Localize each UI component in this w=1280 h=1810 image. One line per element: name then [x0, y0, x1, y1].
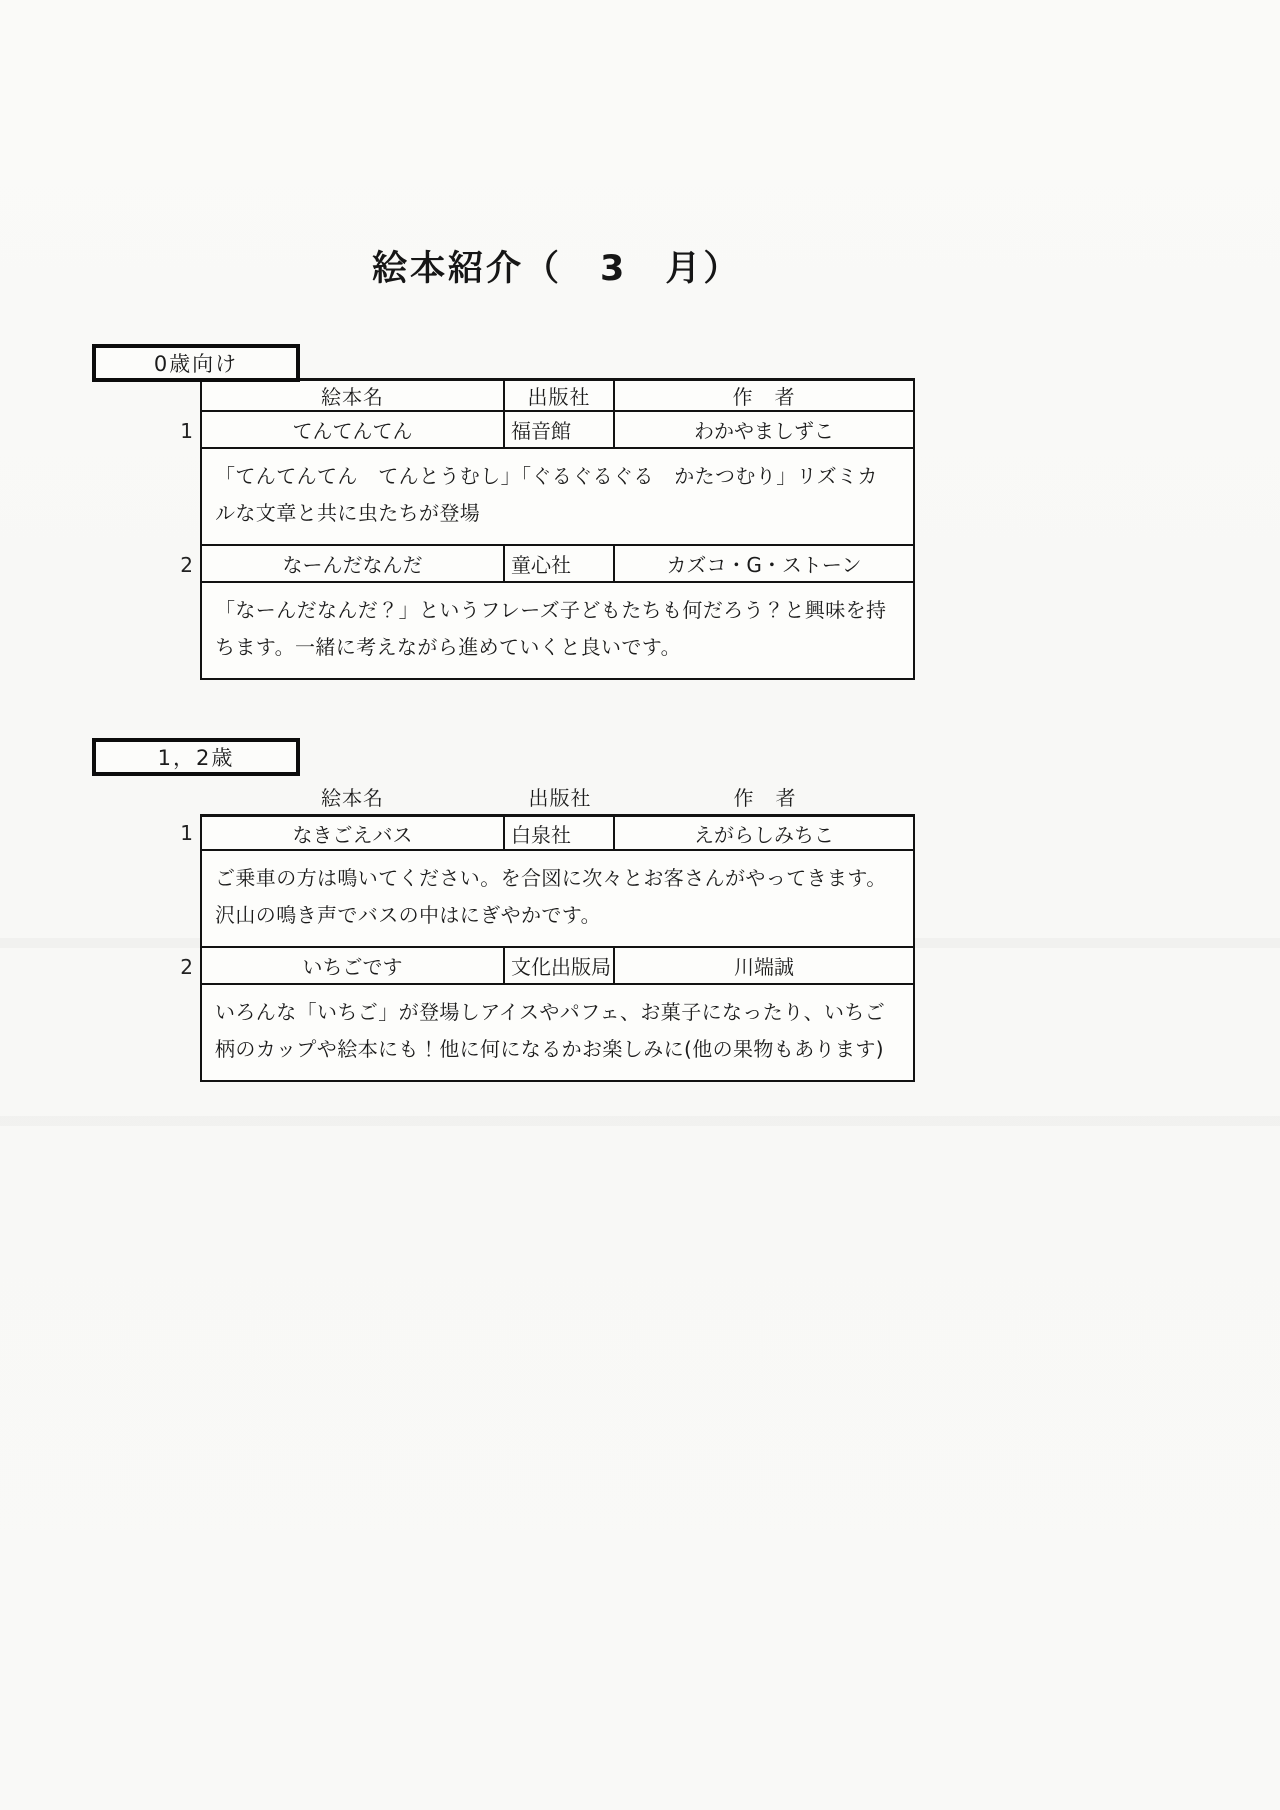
- book-description-cell: 「なーんだなんだ？」というフレーズ子どもたちも何だろう？と興味を持ちます。一緒に…: [200, 583, 915, 680]
- scan-artifact: [0, 1116, 1280, 1126]
- book-title-cell: なきごえバス: [200, 814, 505, 851]
- row-index-spacer: [166, 378, 200, 412]
- row-index-spacer: [166, 449, 200, 546]
- row-index: 1: [166, 814, 200, 851]
- column-header-author: 作 者: [615, 778, 915, 814]
- column-header-publisher: 出版社: [505, 378, 615, 412]
- row-index: 1: [166, 412, 200, 449]
- age-label-box: 1，2歳: [92, 738, 300, 776]
- book-table-age-0: 絵本名 出版社 作 者 1 てんてんてん 福音館 わかやましずこ 「てんてんてん…: [166, 378, 1280, 680]
- book-description-cell: ご乗車の方は鳴いてください。を合図に次々とお客さんがやってきます。沢山の鳴き声で…: [200, 851, 915, 948]
- book-title-cell: なーんだなんだ: [200, 546, 505, 583]
- age-label: 1，2歳: [158, 742, 235, 772]
- publisher-cell: 童心社: [505, 546, 615, 583]
- author-cell: わかやましずこ: [615, 412, 915, 449]
- book-title-cell: いちごです: [200, 948, 505, 985]
- row-index: 2: [166, 546, 200, 583]
- age-label: 0歳向け: [154, 348, 238, 378]
- row-index-spacer: [166, 583, 200, 680]
- publisher-cell: 福音館: [505, 412, 615, 449]
- book-description-cell: いろんな「いちご」が登場しアイスやパフェ、お菓子になったり、いちご柄のカップや絵…: [200, 985, 915, 1082]
- author-cell: 川端誠: [615, 948, 915, 985]
- page-title: 絵本紹介（ 3 月）: [372, 241, 741, 291]
- row-index: 2: [166, 948, 200, 985]
- row-index-spacer: [166, 778, 200, 814]
- scanned-page: 絵本紹介（ 3 月） 0歳向け 絵本名 出版社 作 者 1 てんてんてん 福音館…: [0, 0, 1280, 1810]
- book-description-cell: 「てんてんてん てんとうむし」「ぐるぐるぐる かたつむり」リズミカルな文章と共に…: [200, 449, 915, 546]
- section-age-1-2: 1，2歳 絵本名 出版社 作 者 1 なきごえバス 白泉社 えがらしみちこ ご乗…: [0, 738, 1280, 1082]
- row-index-spacer: [166, 851, 200, 948]
- book-title-cell: てんてんてん: [200, 412, 505, 449]
- column-header-publisher: 出版社: [505, 778, 615, 814]
- column-header-author: 作 者: [615, 378, 915, 412]
- row-index-spacer: [166, 985, 200, 1082]
- section-age-0: 0歳向け 絵本名 出版社 作 者 1 てんてんてん 福音館 わかやましずこ 「て…: [0, 344, 1280, 680]
- age-label-box: 0歳向け: [92, 344, 300, 382]
- publisher-cell: 白泉社: [505, 814, 615, 851]
- book-table-age-1-2: 絵本名 出版社 作 者 1 なきごえバス 白泉社 えがらしみちこ ご乗車の方は鳴…: [166, 778, 1280, 1082]
- publisher-cell: 文化出版局: [505, 948, 615, 985]
- author-cell: えがらしみちこ: [615, 814, 915, 851]
- column-header-book: 絵本名: [200, 378, 505, 412]
- column-header-book: 絵本名: [200, 778, 505, 814]
- author-cell: カズコ・G・ストーン: [615, 546, 915, 583]
